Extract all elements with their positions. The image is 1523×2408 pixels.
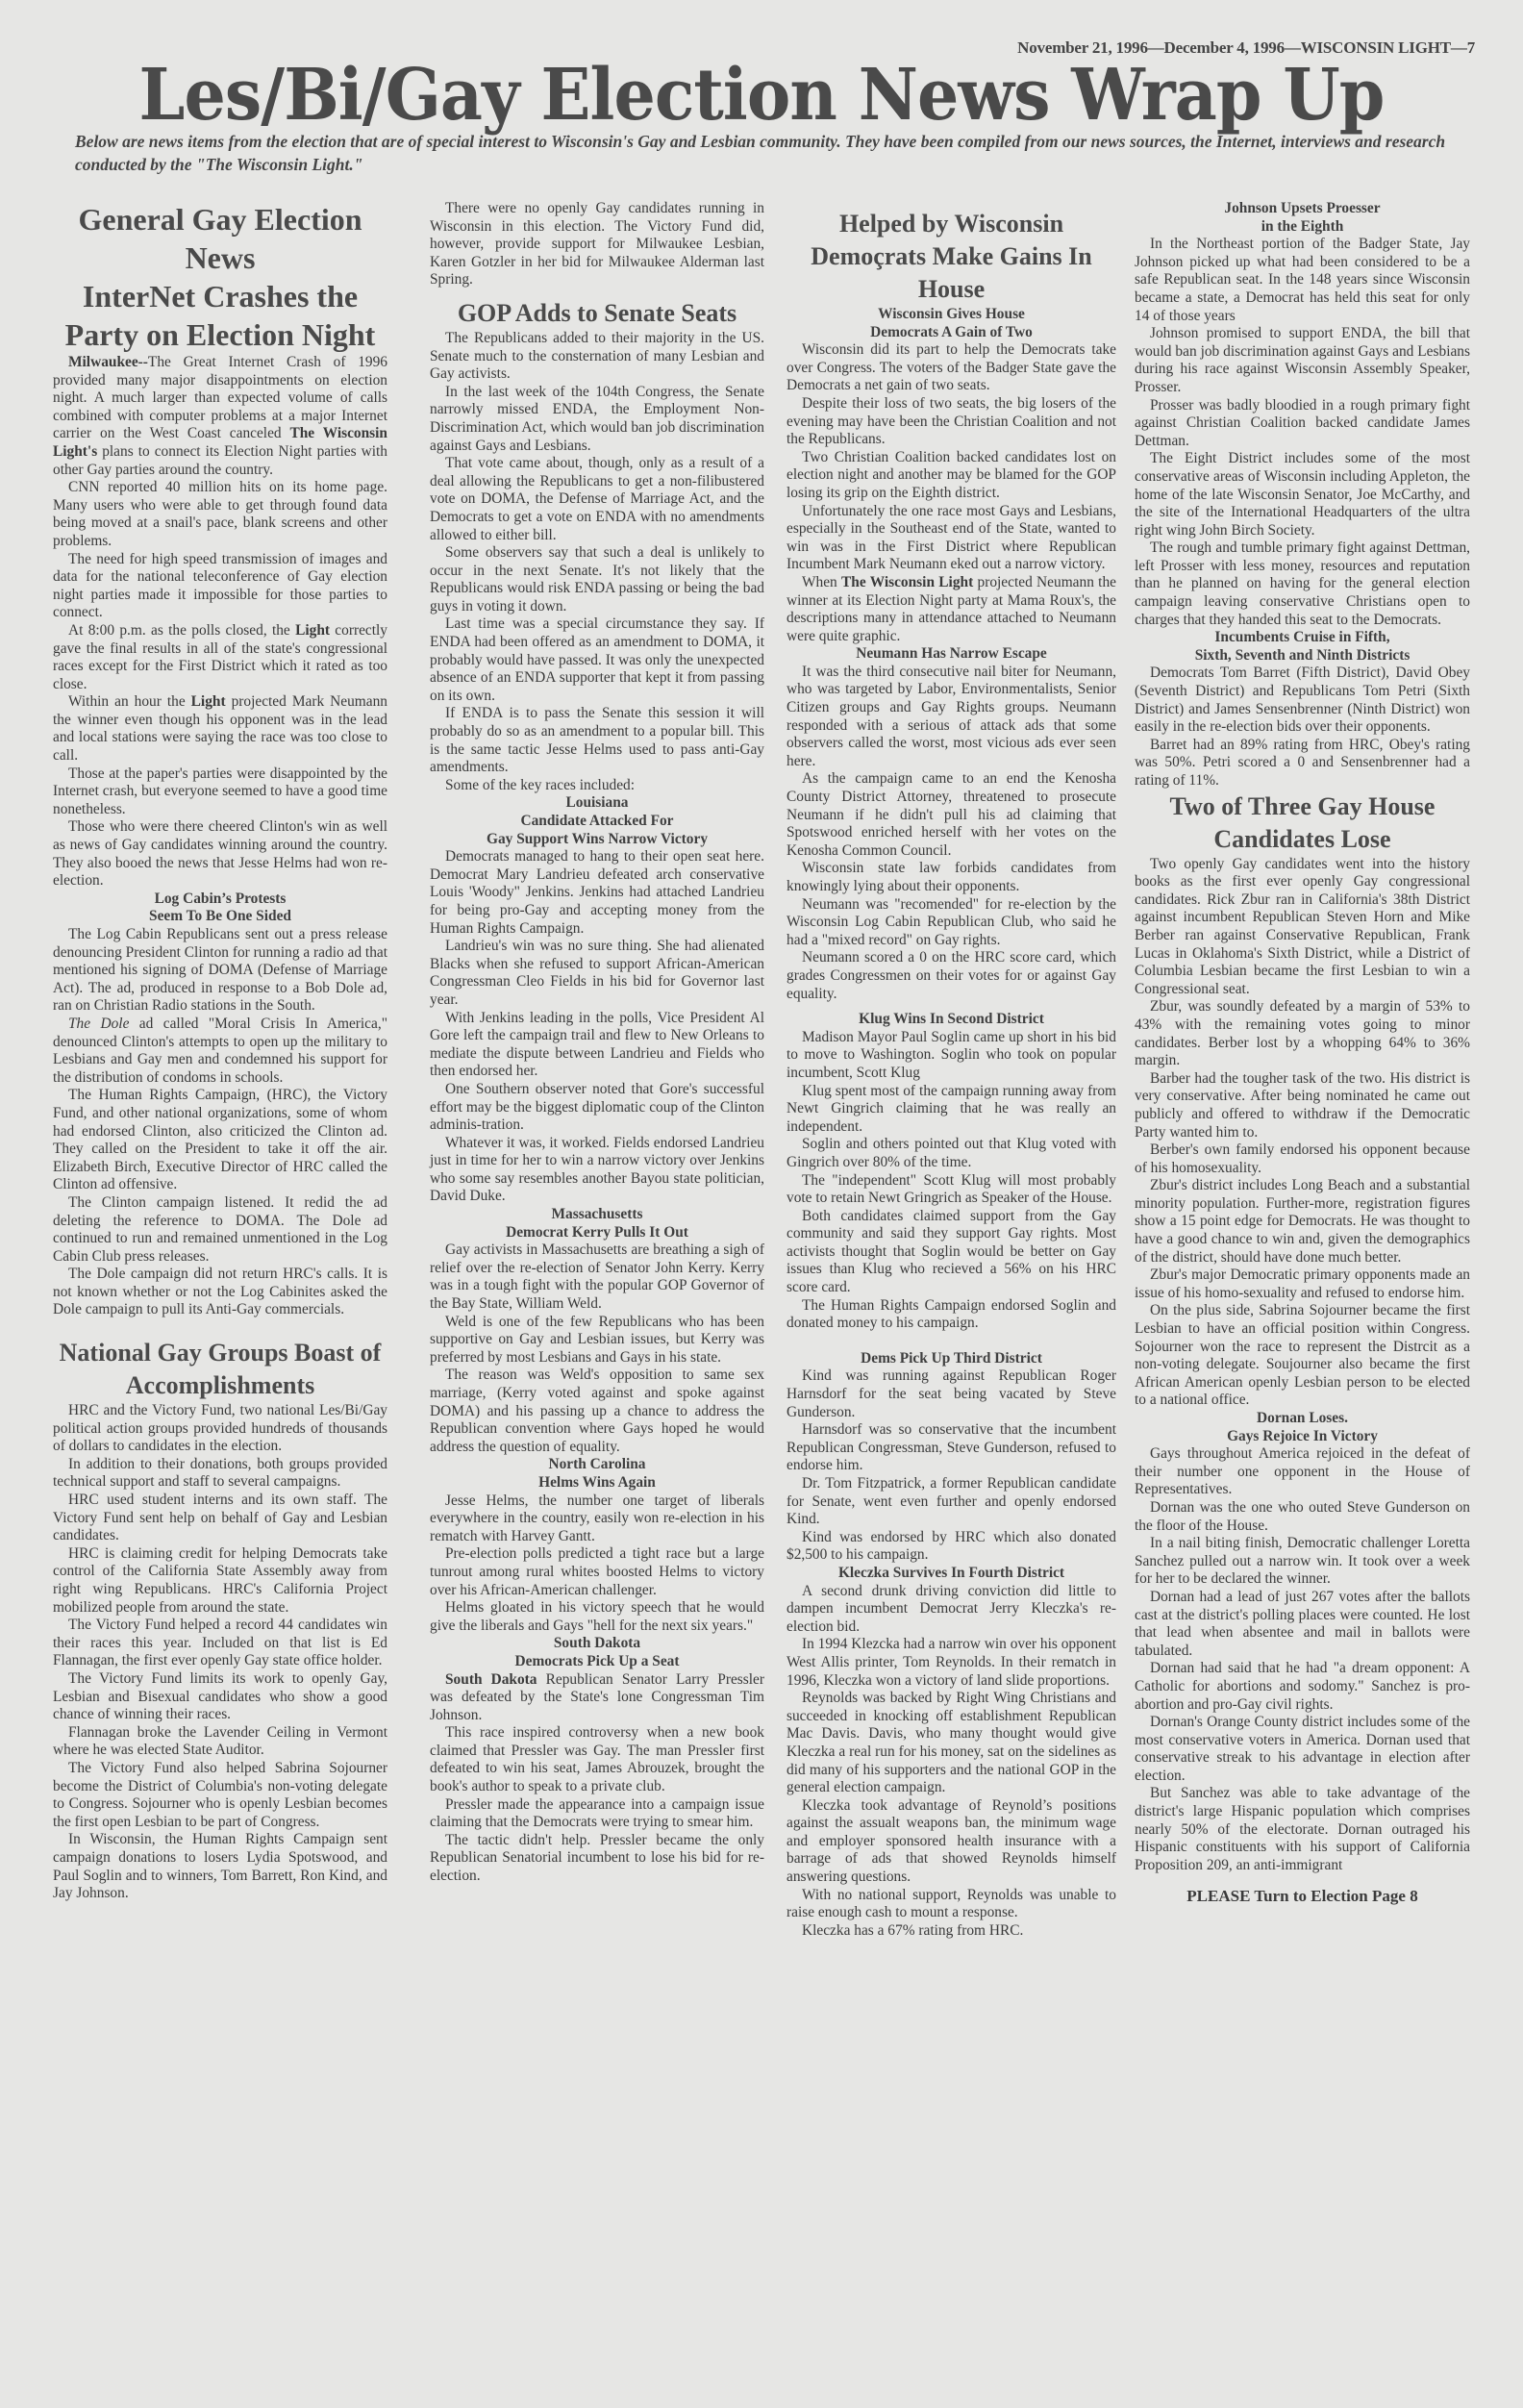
article-paragraph: Klug spent most of the campaign running … <box>786 1083 1116 1137</box>
article-paragraph: Flannagan broke the Lavender Ceiling in … <box>53 1724 387 1760</box>
continued-jump-line: PLEASE Turn to Election Page 8 <box>1135 1888 1470 1906</box>
column-4: Johnson Upsets Proesser in the Eighth In… <box>1135 200 1470 1906</box>
subhead-kleczka: Kleczka Survives In Fourth District <box>786 1565 1116 1583</box>
subhead-log-cabin: Log Cabin’s Protests <box>53 890 387 909</box>
dateline: Milwaukee-- <box>68 354 148 370</box>
section-title: General Gay Election News <box>53 200 387 277</box>
article-paragraph: Those at the paper's parties were disapp… <box>53 765 387 819</box>
subhead-wisconsin-gain: Wisconsin Gives House <box>786 306 1116 324</box>
article-paragraph: The Dole ad called "Moral Crisis In Amer… <box>53 1016 387 1087</box>
intro-blurb: Below are news items from the election t… <box>75 130 1450 176</box>
article-paragraph: With Jenkins leading in the polls, Vice … <box>430 1010 764 1081</box>
column-2: There were no openly Gay candidates runn… <box>430 200 764 1886</box>
article-paragraph: Some observers say that such a deal is u… <box>430 544 764 615</box>
article-paragraph: Harnsdorf was so conservative that the i… <box>786 1421 1116 1475</box>
subhead-dornan-2: Gays Rejoice In Victory <box>1135 1428 1470 1446</box>
headline-democrats-house: Helped by Wisconsin Demoçrats Make Gains… <box>786 208 1116 306</box>
article-paragraph: But Sanchez was able to take advantage o… <box>1135 1785 1470 1874</box>
subhead-johnson: Johnson Upsets Proesser <box>1135 200 1470 218</box>
article-paragraph: Zbur's major Democratic primary opponent… <box>1135 1267 1470 1302</box>
article-paragraph: In the Northeast portion of the Badger S… <box>1135 236 1470 325</box>
article-paragraph: The Log Cabin Republicans sent out a pre… <box>53 926 387 1016</box>
article-paragraph: The Dole campaign did not return HRC's c… <box>53 1266 387 1319</box>
subhead-louisiana: Louisiana <box>430 794 764 813</box>
article-paragraph: The Republicans added to their majority … <box>430 330 764 384</box>
subhead-south-dakota: South Dakota <box>430 1635 764 1653</box>
article-paragraph: Barret had an 89% rating from HRC, Obey'… <box>1135 737 1470 790</box>
subhead-massachusetts-2: Democrat Kerry Pulls It Out <box>430 1224 764 1242</box>
article-paragraph: In the last week of the 104th Congress, … <box>430 384 764 455</box>
article-paragraph: Despite their loss of two seats, the big… <box>786 395 1116 449</box>
article-paragraph: Helms gloated in his victory speech that… <box>430 1599 764 1635</box>
column-1: General Gay Election News InterNet Crash… <box>53 200 387 1903</box>
subhead-louisiana-2: Candidate Attacked For <box>430 813 764 831</box>
article-paragraph: Those who were there cheered Clinton's w… <box>53 818 387 890</box>
subhead-third-district: Dems Pick Up Third District <box>786 1350 1116 1368</box>
article-paragraph: This race inspired controversy when a ne… <box>430 1724 764 1795</box>
article-paragraph: The reason was Weld's opposition to same… <box>430 1367 764 1456</box>
article-paragraph: Last time was a special circumstance the… <box>430 615 764 705</box>
subhead-incumbents: Incumbents Cruise in Fifth, <box>1135 629 1470 647</box>
article-paragraph: As the campaign came to an end the Kenos… <box>786 770 1116 860</box>
article-paragraph: Madison Mayor Paul Soglin came up short … <box>786 1029 1116 1083</box>
article-paragraph: Unfortunately the one race most Gays and… <box>786 503 1116 574</box>
article-paragraph: Prosser was badly bloodied in a rough pr… <box>1135 397 1470 451</box>
article-paragraph: It was the third consecutive nail biter … <box>786 664 1116 771</box>
article-paragraph: Dornan was the one who outed Steve Gunde… <box>1135 1499 1470 1535</box>
article-paragraph: Democrats Tom Barret (Fifth District), D… <box>1135 665 1470 736</box>
article-paragraph: The Human Rights Campaign, (HRC), the Vi… <box>53 1087 387 1194</box>
article-paragraph: Pressler made the appearance into a camp… <box>430 1796 764 1832</box>
article-paragraph: Dornan's Orange County district includes… <box>1135 1714 1470 1785</box>
subhead-incumbents-2: Sixth, Seventh and Ninth Districts <box>1135 647 1470 665</box>
article-paragraph: Some of the key races included: <box>430 777 764 795</box>
subhead-johnson-2: in the Eighth <box>1135 218 1470 237</box>
headline-two-of-three: Two of Three Gay House Candidates Lose <box>1135 790 1470 856</box>
article-paragraph: Kleczka has a 67% rating from HRC. <box>786 1922 1116 1941</box>
article-paragraph: The Victory Fund helped a record 44 cand… <box>53 1617 387 1670</box>
subhead-dornan: Dornan Loses. <box>1135 1410 1470 1428</box>
subhead-south-dakota-2: Democrats Pick Up a Seat <box>430 1653 764 1671</box>
article-paragraph: Neumann scored a 0 on the HRC score card… <box>786 949 1116 1003</box>
page-title: Les/Bi/Gay Election News Wrap Up <box>61 60 1461 131</box>
article-paragraph: Dr. Tom Fitzpatrick, a former Republican… <box>786 1475 1116 1529</box>
article-paragraph: HRC is claiming credit for helping Democ… <box>53 1545 387 1617</box>
headline-internet-crash: InterNet Crashes the Party on Election N… <box>53 277 387 354</box>
article-paragraph: The Victory Fund also helped Sabrina Soj… <box>53 1760 387 1831</box>
article-paragraph: The Clinton campaign listened. It redid … <box>53 1194 387 1266</box>
article-paragraph: Pre-election polls predicted a tight rac… <box>430 1545 764 1599</box>
subhead-neumann: Neumann Has Narrow Escape <box>786 645 1116 664</box>
article-paragraph: Neumann was "recomended" for re-election… <box>786 896 1116 950</box>
article-paragraph: Reynolds was backed by Right Wing Christ… <box>786 1690 1116 1797</box>
article-paragraph: HRC used student interns and its own sta… <box>53 1492 387 1545</box>
article-paragraph: The rough and tumble primary fight again… <box>1135 539 1470 629</box>
article-paragraph: South Dakota Republican Senator Larry Pr… <box>430 1671 764 1725</box>
article-paragraph: Weld is one of the few Republicans who h… <box>430 1314 764 1367</box>
article-paragraph: Jesse Helms, the number one target of li… <box>430 1492 764 1546</box>
article-paragraph: If ENDA is to pass the Senate this sessi… <box>430 705 764 776</box>
article-paragraph: Wisconsin state law forbids candidates f… <box>786 860 1116 895</box>
article-paragraph: Two Christian Coalition backed candidate… <box>786 449 1116 503</box>
article-paragraph: On the plus side, Sabrina Sojourner beca… <box>1135 1302 1470 1410</box>
article-paragraph: In addition to their donations, both gro… <box>53 1456 387 1492</box>
article-paragraph: Whatever it was, it worked. Fields endor… <box>430 1135 764 1206</box>
article-paragraph: A second drunk driving conviction did li… <box>786 1583 1116 1637</box>
article-paragraph: Zbur, was soundly defeated by a margin o… <box>1135 998 1470 1069</box>
article-paragraph: The need for high speed transmission of … <box>53 551 387 622</box>
subhead-north-carolina-2: Helms Wins Again <box>430 1474 764 1492</box>
article-paragraph: There were no openly Gay candidates runn… <box>430 200 764 289</box>
article-paragraph: Soglin and others pointed out that Klug … <box>786 1136 1116 1171</box>
article-paragraph: CNN reported 40 million hits on its home… <box>53 479 387 550</box>
article-paragraph: Zbur's district includes Long Beach and … <box>1135 1177 1470 1267</box>
article-paragraph: The Eight District includes some of the … <box>1135 450 1470 539</box>
article-paragraph: One Southern observer noted that Gore's … <box>430 1081 764 1135</box>
column-3: Helped by Wisconsin Demoçrats Make Gains… <box>786 200 1116 1940</box>
subhead-massachusetts: Massachusetts <box>430 1206 764 1224</box>
subhead-north-carolina: North Carolina <box>430 1456 764 1474</box>
article-paragraph: HRC and the Victory Fund, two national L… <box>53 1402 387 1456</box>
headline-gop-senate: GOP Adds to Senate Seats <box>430 297 764 330</box>
subhead-log-cabin-2: Seem To Be One Sided <box>53 908 387 926</box>
article-paragraph: Wisconsin did its part to help the Democ… <box>786 341 1116 395</box>
article-paragraph: Kind was endorsed by HRC which also dona… <box>786 1529 1116 1565</box>
article-paragraph: Dornan had said that he had "a dream opp… <box>1135 1660 1470 1714</box>
subhead-klug: Klug Wins In Second District <box>786 1011 1116 1029</box>
article-paragraph: In Wisconsin, the Human Rights Campaign … <box>53 1831 387 1902</box>
subhead-wisconsin-gain-2: Democrats A Gain of Two <box>786 324 1116 342</box>
article-paragraph: When The Wisconsin Light projected Neuma… <box>786 574 1116 645</box>
headline-national-groups: National Gay Groups Boast of Accomplishm… <box>53 1337 387 1402</box>
article-paragraph: That vote came about, though, only as a … <box>430 455 764 544</box>
article-paragraph: Landrieu's win was no sure thing. She ha… <box>430 938 764 1009</box>
newspaper-page: November 21, 1996—December 4, 1996—WISCO… <box>0 0 1523 2408</box>
article-paragraph: The tactic didn't help. Pressler became … <box>430 1832 764 1886</box>
article-paragraph: In a nail biting finish, Democratic chal… <box>1135 1535 1470 1589</box>
article-paragraph: Kleczka took advantage of Reynold’s posi… <box>786 1797 1116 1887</box>
article-paragraph: Dornan had a lead of just 267 votes afte… <box>1135 1589 1470 1660</box>
article-paragraph: Gays throughout America rejoiced in the … <box>1135 1445 1470 1499</box>
article-paragraph: Barber had the tougher task of the two. … <box>1135 1070 1470 1141</box>
article-paragraph: Both candidates claimed support from the… <box>786 1208 1116 1297</box>
article-paragraph: The "independent" Scott Klug will most p… <box>786 1172 1116 1208</box>
article-paragraph: Johnson promised to support ENDA, the bi… <box>1135 325 1470 396</box>
article-paragraph: Two openly Gay candidates went into the … <box>1135 856 1470 999</box>
article-paragraph: Democrats managed to hang to their open … <box>430 848 764 938</box>
article-paragraph: In 1994 Klezcka had a narrow win over hi… <box>786 1636 1116 1690</box>
article-paragraph: The Human Rights Campaign endorsed Sogli… <box>786 1297 1116 1333</box>
article-paragraph: Gay activists in Massachusetts are breat… <box>430 1242 764 1313</box>
article-paragraph: Kind was running against Republican Roge… <box>786 1367 1116 1421</box>
article-paragraph: At 8:00 p.m. as the polls closed, the Li… <box>53 622 387 693</box>
article-paragraph: The Victory Fund limits its work to open… <box>53 1670 387 1724</box>
subhead-louisiana-3: Gay Support Wins Narrow Victory <box>430 831 764 849</box>
article-paragraph: Within an hour the Light projected Mark … <box>53 693 387 765</box>
article-paragraph: Milwaukee--The Great Internet Crash of 1… <box>53 354 387 479</box>
article-paragraph: Berber's own family endorsed his opponen… <box>1135 1141 1470 1177</box>
article-paragraph: With no national support, Reynolds was u… <box>786 1887 1116 1922</box>
